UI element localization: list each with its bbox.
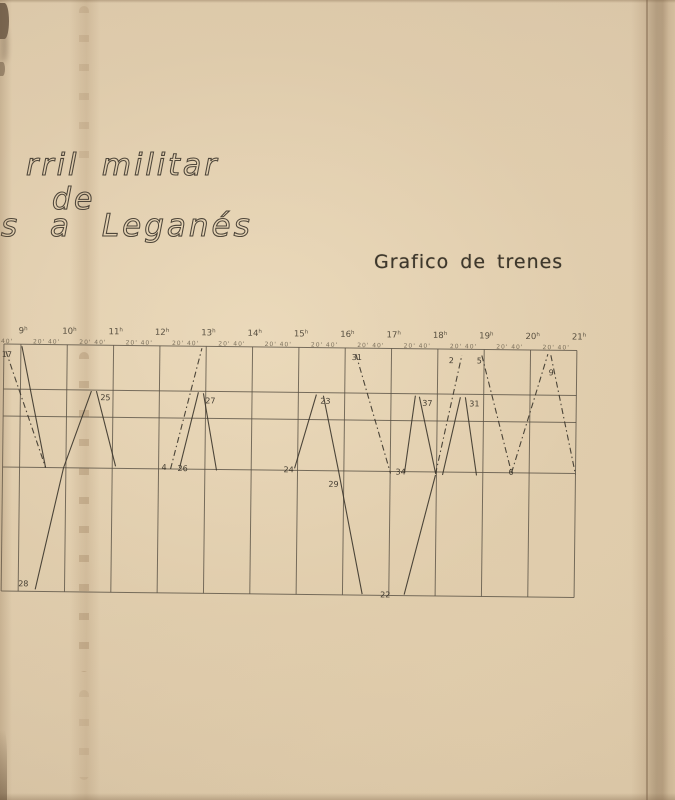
minute-label: 20' [404,343,416,350]
train-line-31-downleg [464,397,477,475]
minute-label: 40' [48,339,60,346]
train-graph: 9h20'40'10h20'40'11h20'40'12h20'40'13h20… [0,310,660,630]
train-number-4: 4 [162,463,167,472]
hour-label: 16h [340,330,355,340]
hour-label: 21h [572,332,587,342]
handwritten-line-3: s a Leganés [1,208,253,244]
page-left-edge [0,0,12,800]
train-number-31: 31 [352,353,362,362]
train-number-29: 29 [328,480,338,489]
ink-smudge [0,730,7,800]
hour-label: 19h [479,331,494,341]
hour-label: 9h [19,326,29,336]
hour-label: 11h [109,327,124,337]
train-number-27: 27 [205,396,215,405]
page-right-edge-line [646,0,648,800]
train-number-37: 37 [422,399,432,408]
train-number-23: 23 [320,397,330,406]
page-bottom-edge [0,793,675,800]
train-number-28: 28 [18,579,28,588]
train-number-5: 5 [477,356,482,365]
minute-label: 40' [372,342,384,349]
train-number-26: 26 [178,464,188,473]
minute-label: 20' [172,340,184,347]
train-number-25: 25 [100,393,110,402]
minute-label: 40' [280,341,292,348]
page-top-edge [0,0,675,3]
handwritten-line-1: rril militar [26,148,220,183]
train-number-9: 9 [549,368,554,377]
page-right-edge [631,0,675,800]
minute-label: 20' [450,343,462,350]
train-number-6: 6 [508,468,513,477]
minute-label: 40' [326,342,338,349]
train-line-5 [481,355,513,472]
minute-label: 20' [311,342,323,349]
train-number-24: 24 [283,465,293,474]
train-line-4 [171,348,202,469]
train-line-22 [404,475,435,595]
minute-label: 40' [94,339,106,346]
hour-label: 20h [525,332,540,342]
train-number-22: 22 [380,590,390,599]
train-line-26 [180,392,199,468]
minute-label: 40' [419,343,431,350]
minute-label: 20' [218,340,230,347]
binding-stitch-marks [79,6,89,166]
train-line-31-up [442,397,460,475]
minute-label: 40' [233,341,245,348]
train-number-31: 31 [469,399,479,408]
hour-label: 17h [386,330,401,340]
hour-label: 13h [201,328,216,338]
ink-smudge [0,62,5,76]
hour-label: 10h [62,327,77,337]
ink-smudge [0,3,9,39]
scanned-page: rril militar de s a Leganés Grafico de t… [0,0,675,800]
train-line-34 [405,396,416,473]
minute-label: 40' [187,340,199,347]
minute-label: 20' [126,339,138,346]
binding-stitch-marks [79,690,89,780]
chart-title: Grafico de trenes [374,251,563,273]
minute-label: 20' [265,341,277,348]
hour-gridline [574,351,577,598]
train-number-34: 34 [395,467,405,476]
train-number-2: 2 [449,356,454,365]
minute-label: 20' [33,338,45,345]
train-line-28 [35,390,91,590]
minute-label: 40' [558,344,570,351]
train-line-37 [419,397,437,473]
hour-label: 14h [248,329,263,339]
minute-label: 40' [465,343,477,350]
minute-label: 40' [141,340,153,347]
minute-label: 40' [511,344,523,351]
train-line-2 [436,355,462,474]
station-line [3,389,576,396]
hour-label: 18h [433,331,448,341]
minute-label: 20' [357,342,369,349]
minute-label: 20' [543,344,555,351]
station-line [1,591,574,598]
station-line [3,416,576,423]
minute-label: 20' [79,339,91,346]
hour-label: 15h [294,329,309,339]
minute-label: 20' [496,344,508,351]
train-line-31-down [355,354,392,473]
hour-label: 12h [155,328,170,338]
